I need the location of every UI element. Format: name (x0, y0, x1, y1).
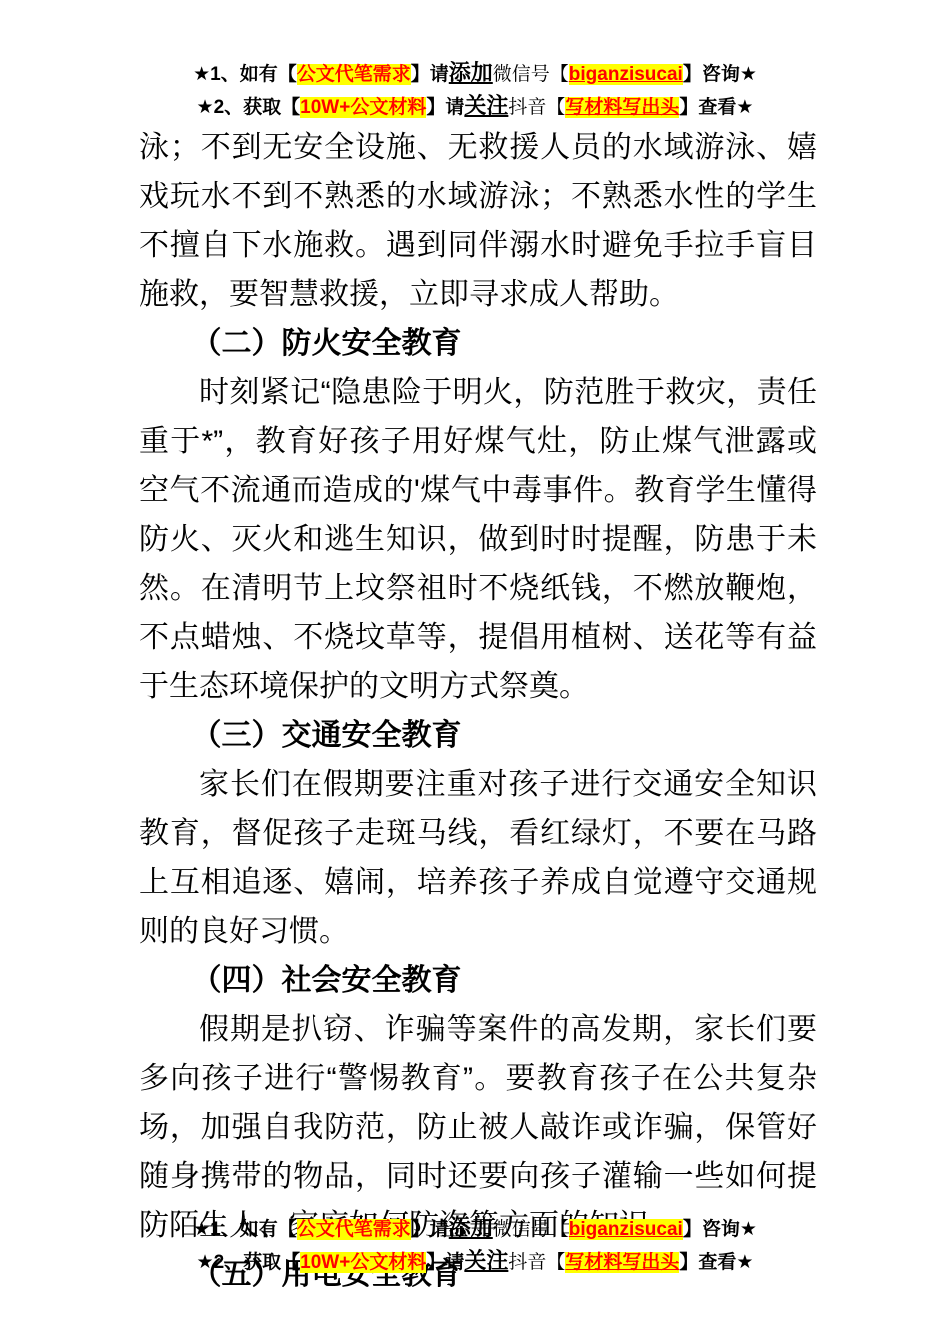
promo-prefix: ★2、获取【 (197, 1252, 301, 1273)
promo-highlight-service-need: 公文代笔需求 (297, 1219, 411, 1240)
heading-social-safety: （四）社会安全教育 (139, 956, 817, 1005)
promo-suffix: 】查看★ (679, 97, 753, 118)
heading-traffic-safety: （三）交通安全教育 (139, 711, 817, 760)
promo-douyin-label: 抖音【 (508, 97, 565, 118)
promo-highlight-materials: 10W+公文材料 (300, 1252, 426, 1273)
promo-line-2: ★2、获取【10W+公文材料】请关注抖音【写材料写出头】查看★ (0, 90, 950, 123)
document-body: 泳；不到无安全设施、无救援人员的水域游泳、嬉戏玩水不到不熟悉的水域游泳；不熟悉水… (139, 123, 817, 1299)
promo-connector: 】请 (411, 64, 449, 85)
promo-connector: 】请 (426, 97, 464, 118)
promo-prefix: ★1、如有【 (193, 1219, 297, 1240)
promo-wechat-id: biganzisucai (569, 1219, 683, 1240)
paragraph-traffic-safety: 家长们在假期要注重对孩子进行交通安全知识教育，督促孩子走斑马线，看红绿灯，不要在… (139, 760, 817, 956)
promo-prefix: ★2、获取【 (197, 97, 301, 118)
paragraph-drowning-continued: 泳；不到无安全设施、无救援人员的水域游泳、嬉戏玩水不到不熟悉的水域游泳；不熟悉水… (139, 123, 817, 319)
promo-douyin-id: 写材料写出头 (565, 1252, 679, 1273)
promo-line-1: ★1、如有【公文代笔需求】请添加微信号【biganzisucai】咨询★ (0, 57, 950, 90)
promo-douyin-id: 写材料写出头 (565, 97, 679, 118)
promo-suffix: 】咨询★ (683, 1219, 757, 1240)
promo-suffix: 】咨询★ (683, 64, 757, 85)
promo-highlight-materials: 10W+公文材料 (300, 97, 426, 118)
promo-prefix: ★1、如有【 (193, 64, 297, 85)
promo-connector: 】请 (426, 1252, 464, 1273)
promo-action-follow: 关注 (464, 93, 508, 118)
promo-action-add: 添加 (449, 60, 493, 85)
promo-highlight-service-need: 公文代笔需求 (297, 64, 411, 85)
promo-wechat-label: 微信号【 (493, 64, 569, 85)
promo-douyin-label: 抖音【 (508, 1252, 565, 1273)
promo-action-add: 添加 (449, 1215, 493, 1240)
promo-action-follow: 关注 (464, 1248, 508, 1273)
promo-wechat-label: 微信号【 (493, 1219, 569, 1240)
document-page: ★1、如有【公文代笔需求】请添加微信号【biganzisucai】咨询★ ★2、… (0, 0, 950, 1344)
promo-wechat-id: biganzisucai (569, 64, 683, 85)
promo-banner-top: ★1、如有【公文代笔需求】请添加微信号【biganzisucai】咨询★ ★2、… (0, 57, 950, 123)
promo-suffix: 】查看★ (679, 1252, 753, 1273)
promo-connector: 】请 (411, 1219, 449, 1240)
promo-line-2: ★2、获取【10W+公文材料】请关注抖音【写材料写出头】查看★ (0, 1245, 950, 1278)
promo-banner-bottom: ★1、如有【公文代笔需求】请添加微信号【biganzisucai】咨询★ ★2、… (0, 1212, 950, 1278)
promo-line-1: ★1、如有【公文代笔需求】请添加微信号【biganzisucai】咨询★ (0, 1212, 950, 1245)
heading-fire-safety: （二）防火安全教育 (139, 319, 817, 368)
paragraph-fire-safety: 时刻紧记“隐患险于明火，防范胜于救灾，责任重于*”，教育好孩子用好煤气灶，防止煤… (139, 368, 817, 711)
